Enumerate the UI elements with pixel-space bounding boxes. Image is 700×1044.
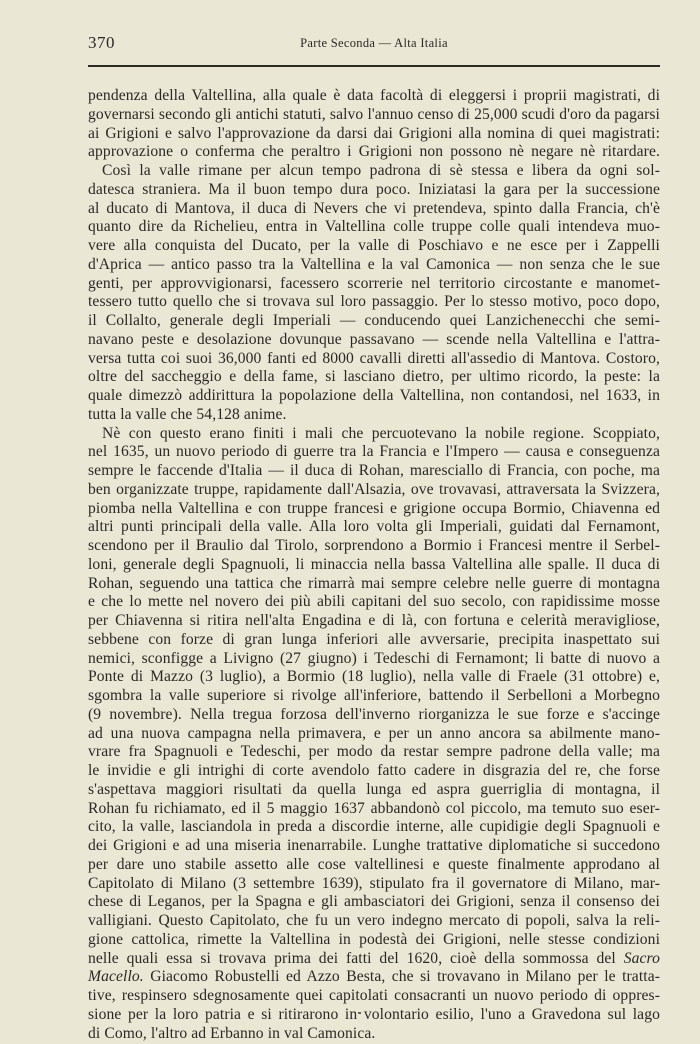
text-line: Rohan fu richiamato, ed il 5 maggio 1637…: [88, 800, 660, 819]
text-line: s'aspettava maggiori risultati da quella…: [88, 781, 660, 800]
text-line: tessero tutto quello che si trovava sul …: [88, 293, 660, 312]
text-segment: nelle quali essa si trovava prima dei fa…: [88, 950, 616, 967]
text-line: sione per la loro patria e si ritirarono…: [88, 1006, 660, 1025]
paragraph: Nè con questo erano finiti i mali che pe…: [88, 425, 660, 1044]
paragraph: pendenza della Valtellina, alla quale è …: [88, 87, 660, 162]
text-line: per Chiavenna si ritira nell'alta Engadi…: [88, 612, 660, 631]
text-line: Capitolato di Milano (3 settembre 1639),…: [88, 875, 660, 894]
text-line: di Como, l'altro ad Erbanno in val Camon…: [88, 1025, 660, 1044]
italic-text: Sacro: [624, 950, 660, 967]
text-line: quanto dire da Richelieu, entra in Valte…: [88, 218, 660, 237]
text-line: tutta la valle che 54,128 anime.: [88, 406, 660, 425]
text-line: nemici, sconfigge a Livigno (27 giugno) …: [88, 650, 660, 669]
text-line: pendenza della Valtellina, alla quale è …: [88, 87, 660, 106]
text-line: nel 1635, un nuovo periodo di guerre tra…: [88, 443, 660, 462]
book-page: 370 Parte Seconda — Alta Italia pendenza…: [88, 30, 660, 1043]
text-line: e che lo mette nel novero dei più abili …: [88, 593, 660, 612]
text-line: governarsi secondo gli antichi statuti, …: [88, 106, 660, 125]
text-line: valligiani. Questo Capitolato, che fu un…: [88, 912, 660, 931]
text-line: datesca straniera. Ma il buon tempo dura…: [88, 181, 660, 200]
text-line: Così la valle rimane per alcun tempo pad…: [88, 162, 660, 181]
text-line: loni, generale degli Spagnuoli, li minac…: [88, 556, 660, 575]
text-line: chese di Leganos, per la Spagna e gli am…: [88, 893, 660, 912]
body-text: pendenza della Valtellina, alla quale è …: [88, 87, 660, 1043]
text-line: d'Aprica — antico passo tra la Valtellin…: [88, 256, 660, 275]
text-line: piomba nella Valtellina e con truppe fra…: [88, 500, 660, 519]
text-line: Nè con questo erano finiti i mali che pe…: [88, 425, 660, 444]
text-line: (9 novembre). Nella tregua forzosa dell'…: [88, 706, 660, 725]
text-segment: Giacomo Robustelli ed Azzo Besta, che si…: [150, 968, 660, 985]
text-line: ai Grigioni e salvo l'approvazione da da…: [88, 125, 660, 144]
text-line: sebbene con forze di gran lunga inferior…: [88, 631, 660, 650]
text-line: genti, per approvvigionarsi, facessero s…: [88, 275, 660, 294]
text-line: ad una nuova campagna nella primavera, e…: [88, 725, 660, 744]
text-line: approvazione o conferma che peraltro i G…: [88, 143, 660, 162]
text-line: dei Grigioni e ad una miseria inenarrabi…: [88, 837, 660, 856]
text-line: ben organizzate truppe, rapidamente dall…: [88, 481, 660, 500]
text-line: Ponte di Mazzo (3 luglio), a Bormio (18 …: [88, 668, 660, 687]
text-line: cito, la valle, lasciandola in preda a d…: [88, 818, 660, 837]
scan-speck: [358, 1012, 361, 1014]
text-line: oltre del saccheggio e della fame, si la…: [88, 368, 660, 387]
text-line: Macello. Giacomo Robustelli ed Azzo Best…: [88, 968, 660, 987]
running-head: 370 Parte Seconda — Alta Italia: [88, 30, 660, 56]
text-line: tive, respinsero sdegnosamente quei capi…: [88, 987, 660, 1006]
text-line: versa tutta coi suoi 36,000 fanti ed 800…: [88, 350, 660, 369]
header-rule: [88, 65, 660, 67]
text-line: il Collalto, generale degli Imperiali — …: [88, 312, 660, 331]
running-title: Parte Seconda — Alta Italia: [88, 36, 660, 51]
text-line: le invidie e gli intrighi di corte avend…: [88, 762, 660, 781]
text-line: sempre le faccende d'Italia — il duca di…: [88, 462, 660, 481]
italic-text: Macello.: [88, 968, 144, 985]
text-line: vere alla conquista del Ducato, per la v…: [88, 237, 660, 256]
paragraph: Così la valle rimane per alcun tempo pad…: [88, 162, 660, 425]
text-line: gione cattolica, rimette la Valtellina i…: [88, 931, 660, 950]
text-line: quale dimezzò addirittura la popolazione…: [88, 387, 660, 406]
text-line: scendono per il Braulio dal Tirolo, sorp…: [88, 537, 660, 556]
text-line: navano peste e desolazione dovunque pass…: [88, 331, 660, 350]
text-line: per dare uno stabile assetto alle cose v…: [88, 856, 660, 875]
text-line: al ducato di Mantova, il duca di Nevers …: [88, 200, 660, 219]
text-line: sgombra la valle superiore si rivolge al…: [88, 687, 660, 706]
text-line: vrare fra Spagnuoli e Tedeschi, per modo…: [88, 743, 660, 762]
text-line: nelle quali essa si trovava prima dei fa…: [88, 950, 660, 969]
text-line: Rohan, seguendo una tattica che rimarrà …: [88, 575, 660, 594]
text-line: altri punti principali della valle. Alla…: [88, 518, 660, 537]
